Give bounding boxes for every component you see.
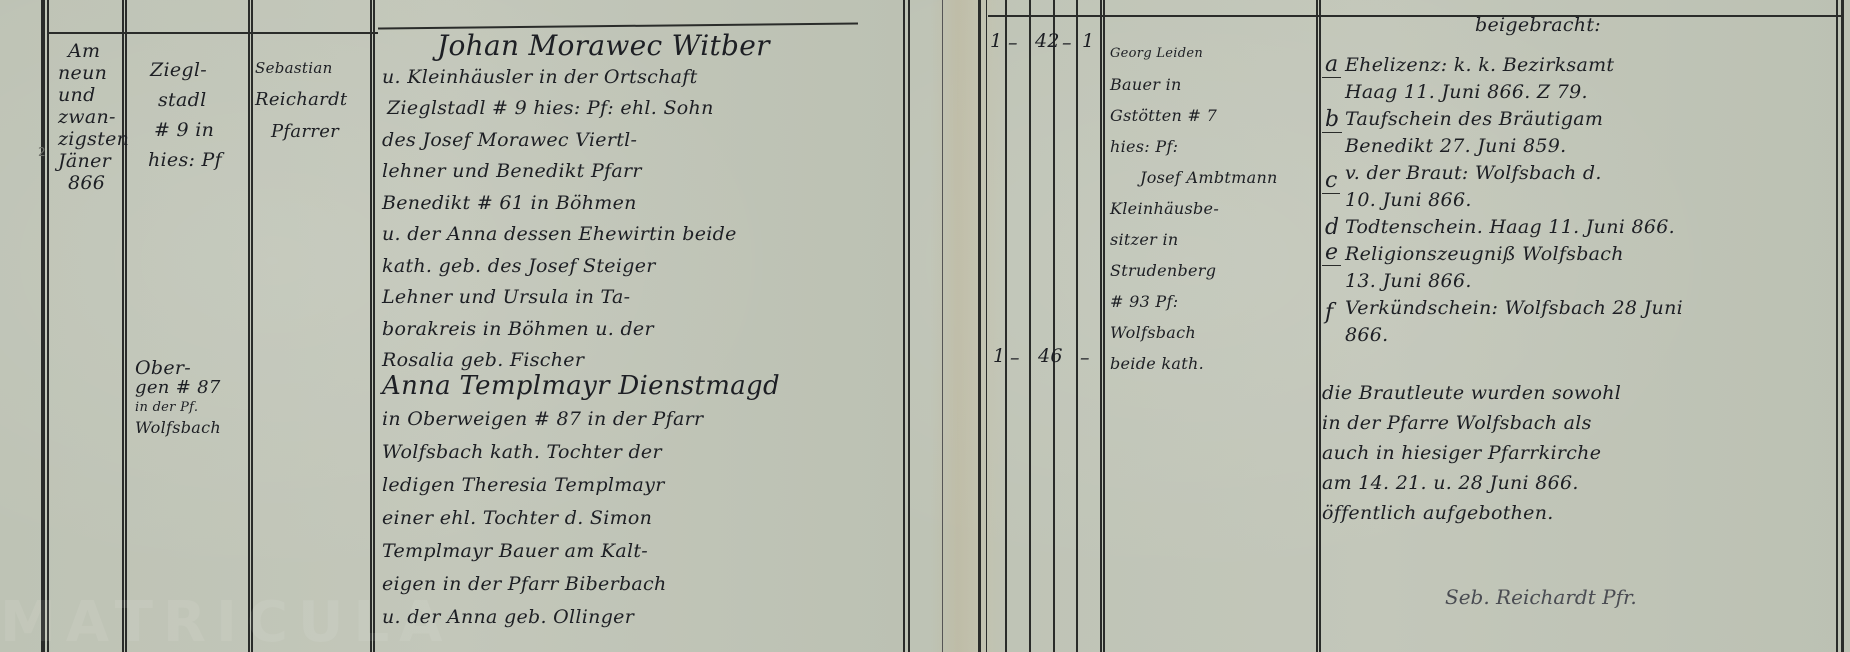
remark-line: Benedikt 27. Juni 859. <box>1345 133 1683 160</box>
bride-line: Templmayr Bauer am Kalt- <box>382 535 780 568</box>
remark-line: v. der Braut: Wolfsbach d. <box>1345 160 1683 187</box>
margin-number: 2 <box>38 145 46 159</box>
bride-line: u. der Anna geb. Ollinger <box>382 601 780 634</box>
proclamation-line: die Brautleute wurden sowohl <box>1322 378 1621 408</box>
residence-line: Ziegl- <box>140 55 222 85</box>
right-page-border-line <box>1836 0 1838 652</box>
remark-letter-b: b <box>1322 107 1342 133</box>
date-line: zwan- <box>58 106 129 128</box>
column-divider <box>903 0 905 652</box>
gutter-line <box>942 0 943 652</box>
date-line: Am <box>58 40 129 62</box>
bride-religion: 1 <box>993 345 1005 367</box>
remark-line: Verkündschein: Wolfsbach 28 Juni <box>1345 295 1683 322</box>
witnesses-column: Georg Leiden Bauer in Gstötten # 7 hies:… <box>1110 38 1278 379</box>
witness-line: # 93 Pf: <box>1110 286 1278 317</box>
groom-line: u. Kleinhäusler in der Ortschaft <box>382 62 770 94</box>
residence-line: # 9 in <box>140 115 222 145</box>
residence-line: gen # 87 <box>135 378 221 398</box>
remark-letter-d: d <box>1325 215 1339 240</box>
remark-letter-a: a <box>1322 52 1341 78</box>
groom-line: Zieglstadl # 9 hies: Pf: ehl. Sohn <box>382 93 770 125</box>
right-page-border-line-outer <box>1841 0 1844 652</box>
column-divider <box>370 0 372 652</box>
bride-line: Wolfsbach kath. Tochter der <box>382 436 780 469</box>
witness-line: sitzer in <box>1110 224 1278 255</box>
groom-status: 1 <box>1082 30 1094 52</box>
bride-age: 46 <box>1038 345 1063 367</box>
column-divider <box>1053 0 1055 652</box>
dash: – <box>1062 32 1072 54</box>
left-page-border-line-inner <box>47 0 49 652</box>
remark-letter-e: e <box>1322 240 1341 266</box>
proclamation-note: die Brautleute wurden sowohl in der Pfar… <box>1322 378 1621 528</box>
date-column: Am neun und zwan- zigsten Jäner 866 <box>58 40 129 194</box>
bride-line: ledigen Theresia Templmayr <box>382 469 780 502</box>
residence-line: Wolfsbach <box>135 418 221 438</box>
dash: – <box>1080 347 1090 369</box>
remark-letter-f: f <box>1325 300 1333 325</box>
witness-line: Gstötten # 7 <box>1110 100 1278 131</box>
witness-line: Bauer in <box>1110 69 1278 100</box>
column-divider <box>248 0 250 652</box>
witness-line: Josef Ambtmann <box>1110 162 1278 193</box>
officiant-line: Pfarrer <box>255 116 347 148</box>
column-divider <box>251 0 253 652</box>
bride-line: einer ehl. Tochter d. Simon <box>382 502 780 535</box>
residence-line: hies: Pf <box>140 145 222 175</box>
column-divider <box>373 0 375 652</box>
proclamation-line: öffentlich aufgebothen. <box>1322 498 1621 528</box>
groom-line: kath. geb. des Josef Steiger <box>382 251 770 283</box>
remark-line: Haag 11. Juni 866. Z 79. <box>1345 79 1683 106</box>
bride-entry: Anna Templmayr Dienstmagd in Oberweigen … <box>382 370 780 634</box>
residence-line: in der Pf. <box>135 398 221 418</box>
date-line: neun <box>58 62 129 84</box>
column-divider <box>1005 0 1007 652</box>
witness-line: Georg Leiden <box>1110 38 1278 69</box>
bride-line: Anna Templmayr Dienstmagd <box>382 370 780 403</box>
remark-line: Taufschein des Bräutigam <box>1345 106 1683 133</box>
remarks-heading: beigebracht: <box>1475 14 1601 36</box>
dash: – <box>1008 32 1018 54</box>
groom-line: des Josef Morawec Viertl- <box>382 125 770 157</box>
remarks-list: Ehelizenz: k. k. Bezirksamt Haag 11. Jun… <box>1345 52 1683 349</box>
column-divider <box>1103 0 1105 652</box>
proclamation-line: am 14. 21. u. 28 Juni 866. <box>1322 468 1621 498</box>
residence-line: stadl <box>140 85 222 115</box>
proclamation-line: auch in hiesiger Pfarrkirche <box>1322 438 1621 468</box>
witness-line: hies: Pf: <box>1110 131 1278 162</box>
remark-letter-c: c <box>1322 168 1340 194</box>
bride-line: eigen in der Pfarr Biberbach <box>382 568 780 601</box>
groom-line: u. der Anna dessen Ehewirtin beide <box>382 219 770 251</box>
header-rule <box>988 15 1843 17</box>
remark-line: 866. <box>1345 322 1683 349</box>
witness-line: Wolfsbach <box>1110 317 1278 348</box>
officiant-column: Sebastian Reichardt Pfarrer <box>255 52 347 148</box>
groom-line: lehner und Benedikt Pfarr <box>382 156 770 188</box>
groom-entry: Johan Morawec Witber u. Kleinhäusler in … <box>382 30 770 377</box>
bride-residence-column: Ober- wei- gen # 87 in der Pf. Wolfsbach <box>135 358 221 438</box>
date-line: zigsten <box>58 128 129 150</box>
date-line: Jäner <box>58 150 129 172</box>
witness-line: Strudenberg <box>1110 255 1278 286</box>
witness-line: beide kath. <box>1110 348 1278 379</box>
left-page-border-line <box>41 0 45 652</box>
proclamation-line: in der Pfarre Wolfsbach als <box>1322 408 1621 438</box>
column-divider <box>986 0 987 652</box>
right-page-border-line <box>978 0 981 652</box>
column-divider <box>1100 0 1102 652</box>
witness-line: Kleinhäusbe- <box>1110 193 1278 224</box>
date-line: und <box>58 84 129 106</box>
groom-age: 42 <box>1035 30 1060 52</box>
remark-line: 13. Juni 866. <box>1345 268 1683 295</box>
remark-line: Ehelizenz: k. k. Bezirksamt <box>1345 52 1683 79</box>
groom-line: Benedikt # 61 in Böhmen <box>382 188 770 220</box>
column-divider <box>1316 0 1318 652</box>
groom-religion: 1 <box>990 30 1002 52</box>
officiant-line: Reichardt <box>255 84 347 116</box>
column-divider <box>1319 0 1321 652</box>
remark-line: 10. Juni 866. <box>1345 187 1683 214</box>
dash: – <box>1010 347 1020 369</box>
column-divider <box>1029 0 1031 652</box>
priest-signature: Seb. Reichardt Pfr. <box>1445 585 1637 609</box>
remark-line: Religionszeugniß Wolfsbach <box>1345 241 1683 268</box>
header-rule <box>48 32 378 34</box>
bride-line: in Oberweigen # 87 in der Pfarr <box>382 403 780 436</box>
column-divider <box>908 0 910 652</box>
groom-line: Johan Morawec Witber <box>382 30 770 62</box>
groom-residence-column: Ziegl- stadl # 9 in hies: Pf <box>140 55 222 175</box>
groom-line: Lehner und Ursula in Ta- <box>382 282 770 314</box>
date-line: 866 <box>58 172 129 194</box>
officiant-line: Sebastian <box>255 52 347 84</box>
remark-line: Todtenschein. Haag 11. Juni 866. <box>1345 214 1683 241</box>
groom-line: borakreis in Böhmen u. der <box>382 314 770 346</box>
residence-line: Ober- <box>135 358 221 378</box>
column-divider <box>1076 0 1078 652</box>
